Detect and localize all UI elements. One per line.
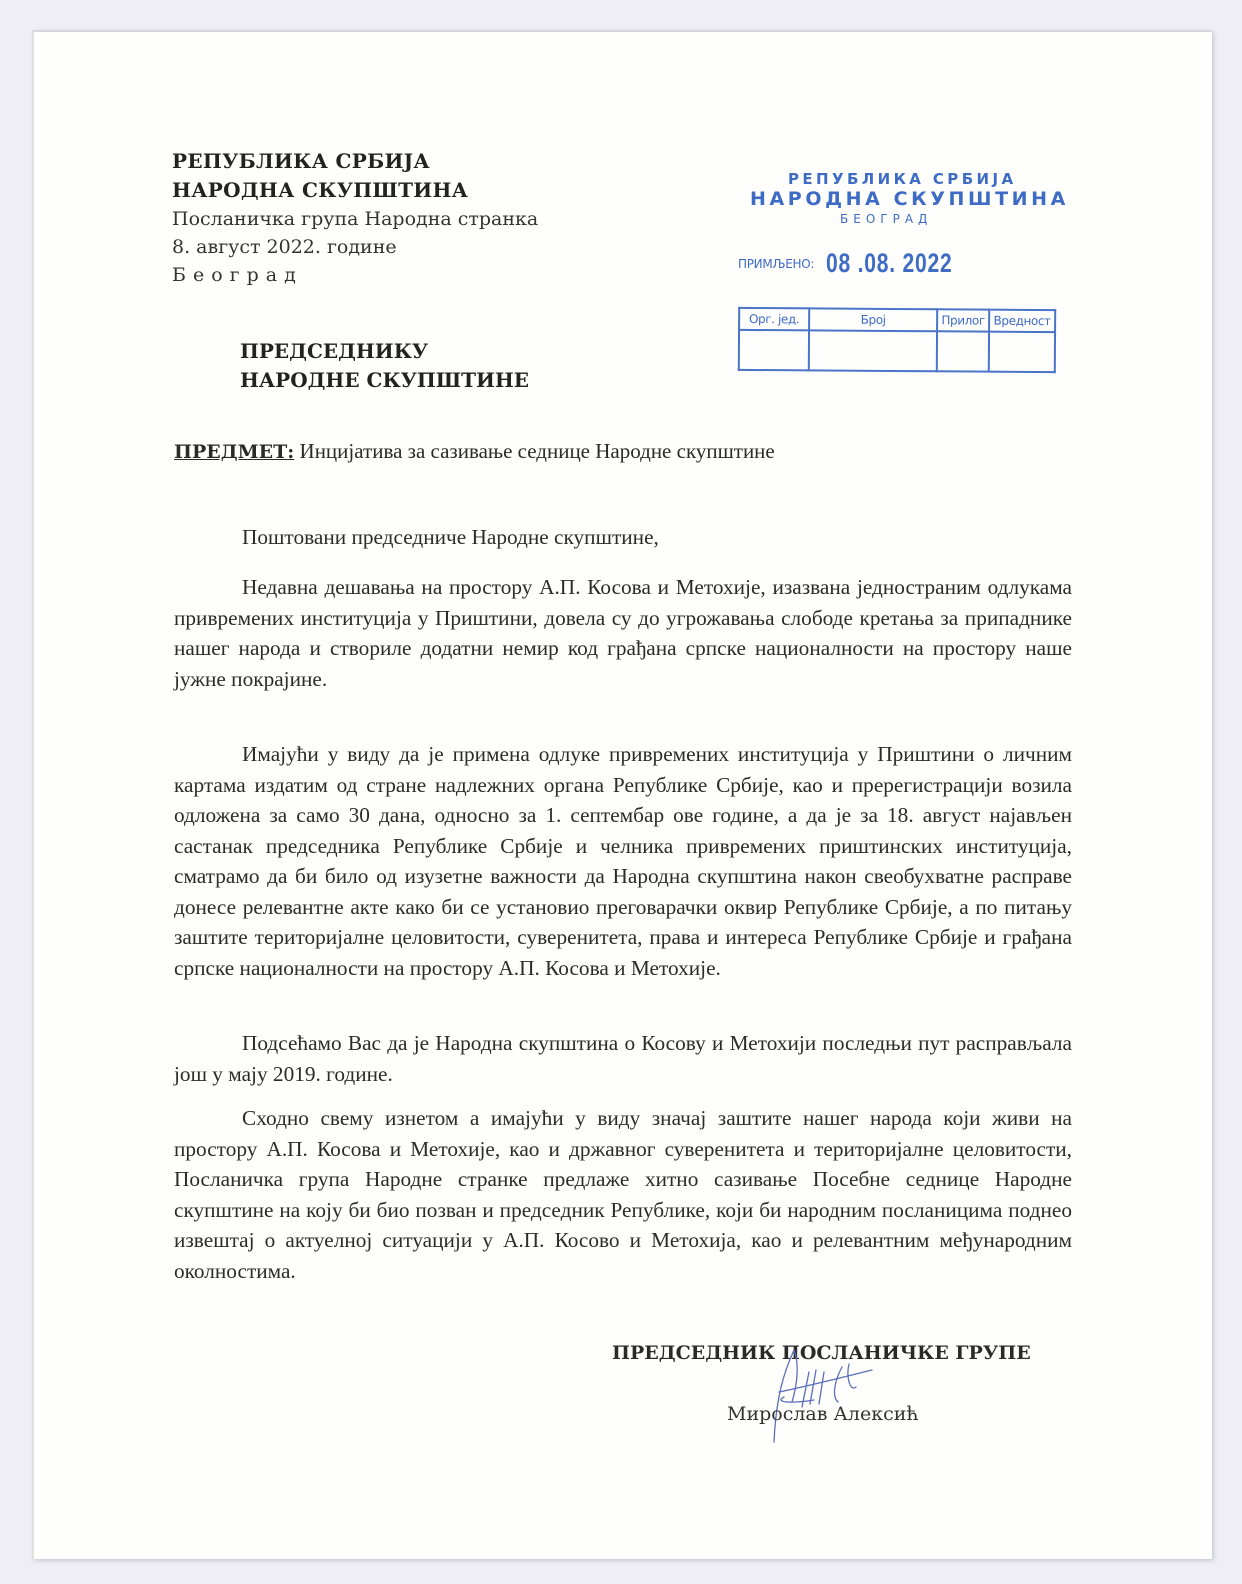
greeting-text: Поштовани председниче Народне скупштине, bbox=[174, 522, 1072, 553]
body-paragraph: Недавна дешавања на простору А.П. Косова… bbox=[174, 572, 1072, 694]
letter-city: Београд bbox=[172, 261, 538, 289]
body-paragraph: Сходно свему изнетом а имајући у виду зн… bbox=[174, 1103, 1072, 1286]
stamp-col-number: Број bbox=[809, 308, 937, 331]
paragraph-text: Недавна дешавања на простору А.П. Косова… bbox=[174, 572, 1072, 694]
letterhead-assembly: НАРОДНА СКУПШТИНА bbox=[172, 176, 538, 205]
handwritten-signature-icon bbox=[754, 1342, 884, 1452]
recipient-line-1: ПРЕДСЕДНИКУ bbox=[240, 337, 529, 366]
recipient-line-2: НАРОДНЕ СКУПШТИНЕ bbox=[240, 366, 529, 395]
body-paragraph: Подсећамо Вас да је Народна скупштина о … bbox=[174, 1028, 1072, 1089]
stamp-cell-empty bbox=[989, 332, 1055, 372]
stamp-col-org-unit: Орг. јед. bbox=[739, 308, 809, 330]
letterhead-republic: РЕПУБЛИКА СРБИЈА bbox=[172, 147, 538, 176]
stamp-cell-empty bbox=[739, 330, 809, 370]
stamp-republic: РЕПУБЛИКА СРБИЈА bbox=[788, 170, 1016, 188]
recipient-block: ПРЕДСЕДНИКУ НАРОДНЕ СКУПШТИНЕ bbox=[240, 337, 529, 395]
greeting: Поштовани председниче Народне скупштине, bbox=[174, 522, 1072, 553]
stamp-city: БЕОГРАД bbox=[840, 212, 932, 226]
paragraph-text: Подсећамо Вас да је Народна скупштина о … bbox=[174, 1028, 1072, 1089]
stamp-col-value: Вредност bbox=[989, 310, 1055, 332]
letterhead-group: Посланичка група Народна странка bbox=[172, 205, 538, 233]
body-paragraph: Имајући у виду да је примена одлуке прив… bbox=[174, 739, 1072, 983]
subject-label: ПРЕДМЕТ: bbox=[174, 441, 294, 463]
paragraph-text: Имајући у виду да је примена одлуке прив… bbox=[174, 739, 1072, 983]
stamp-col-attachment: Прилог bbox=[937, 309, 989, 331]
paragraph-text: Сходно свему изнетом а имајући у виду зн… bbox=[174, 1103, 1072, 1286]
stamp-received-date: 08 .08. 2022 bbox=[826, 248, 952, 279]
signatory-name: Мирослав Алексић bbox=[727, 1403, 919, 1425]
subject-text: Инцијатива за сазивање седнице Народне с… bbox=[300, 439, 775, 463]
stamp-cell-empty bbox=[809, 330, 937, 371]
sender-block: РЕПУБЛИКА СРБИЈА НАРОДНА СКУПШТИНА Посла… bbox=[172, 147, 538, 289]
document-page: РЕПУБЛИКА СРБИЈА НАРОДНА СКУПШТИНА Посла… bbox=[32, 30, 1212, 1559]
stamp-assembly: НАРОДНА СКУПШТИНА bbox=[750, 188, 1069, 210]
stamp-cell-empty bbox=[937, 331, 989, 371]
stamp-registry-table: Орг. јед. Број Прилог Вредност bbox=[738, 307, 1056, 373]
letter-date: 8. август 2022. године bbox=[172, 233, 538, 261]
subject-line: ПРЕДМЕТ: Инцијатива за сазивање седнице … bbox=[174, 439, 775, 464]
stamp-received-label: ПРИМЉЕНО: bbox=[738, 257, 814, 271]
